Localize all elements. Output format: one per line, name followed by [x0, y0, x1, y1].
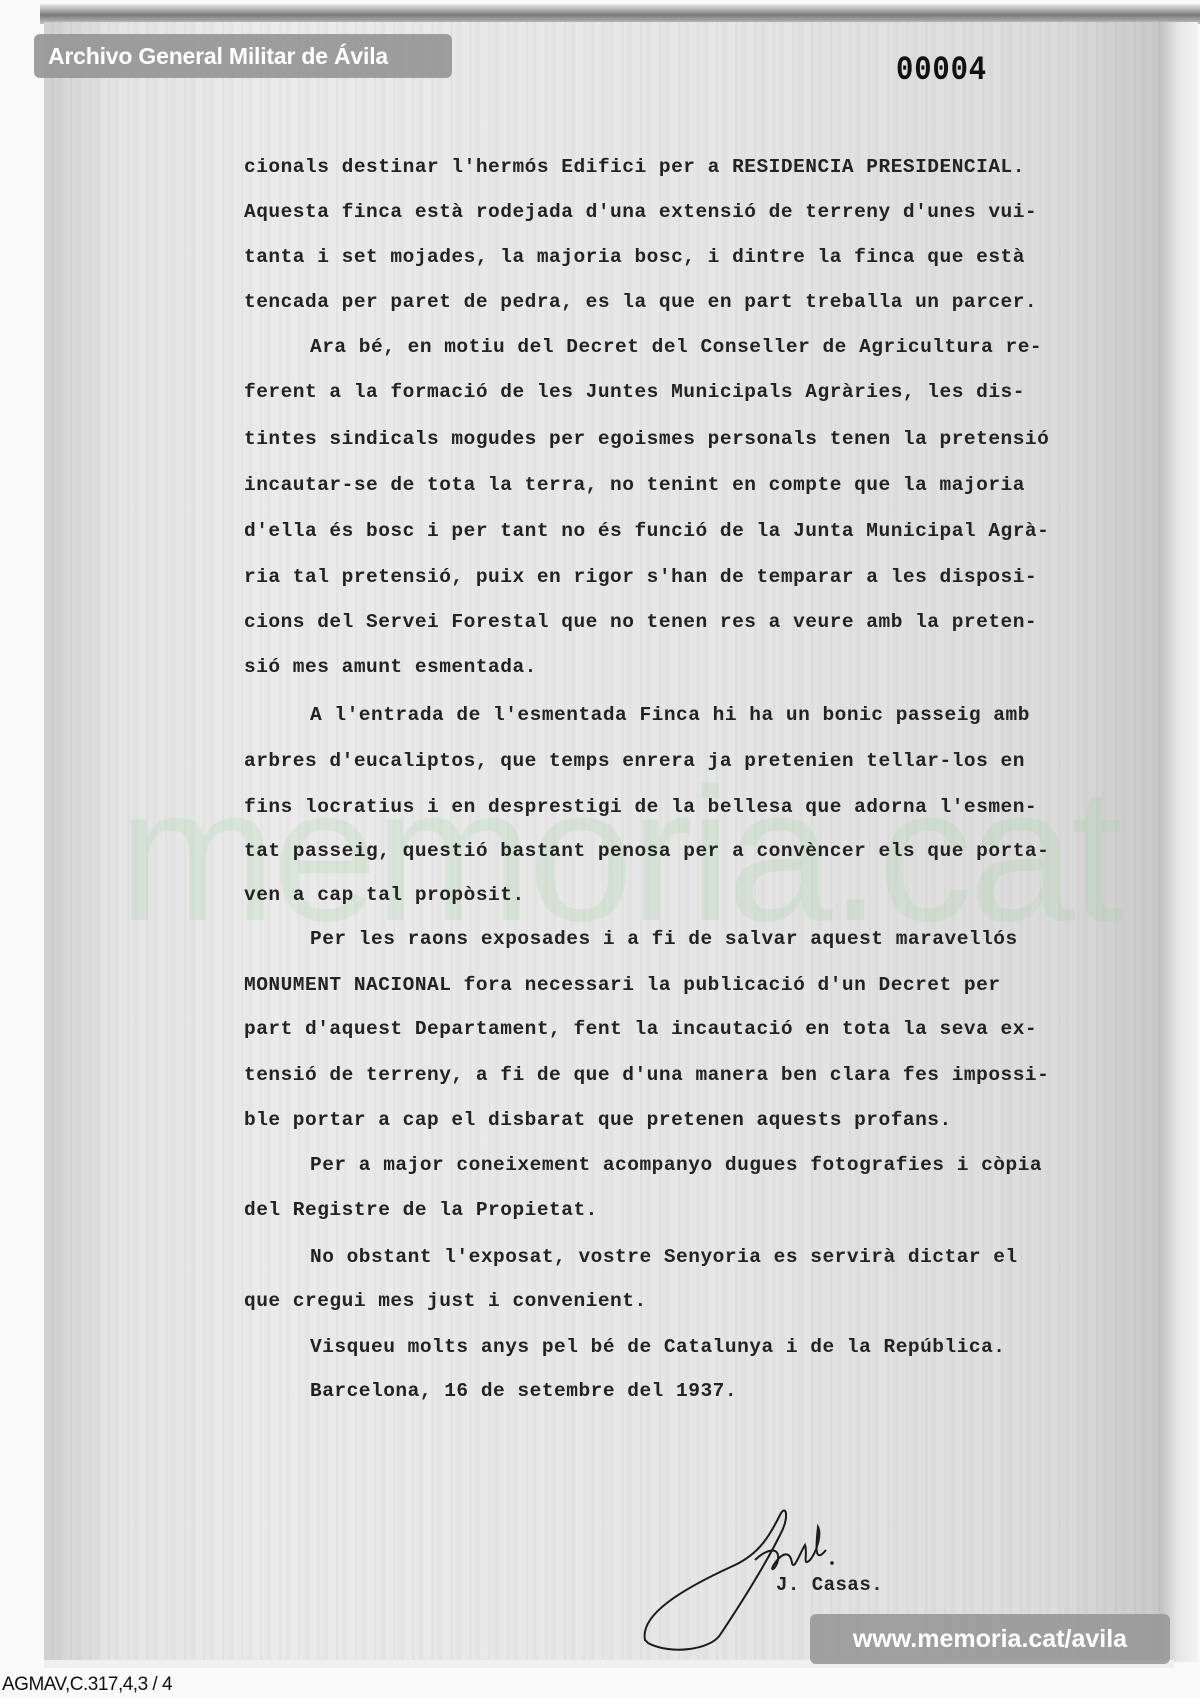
text-line: Per a major coneixement acompanyo dugues…: [310, 1150, 1042, 1180]
folio-number: 00004: [896, 52, 987, 90]
text-line: tintes sindicals mogudes per egoismes pe…: [244, 424, 1049, 454]
text-line: arbres d'eucaliptos, que temps enrera ja…: [244, 746, 1025, 776]
text-line: tensió de terreny, a fi de que d'una man…: [244, 1060, 1049, 1090]
archive-reference-caption: AGMAV,C.317,4,3 / 4: [2, 1674, 172, 1696]
text-line: ven a cap tal propòsit.: [244, 880, 525, 910]
text-line: tat passeig, questió bastant penosa per …: [244, 836, 1049, 866]
text-line: incautar-se de tota la terra, no tenint …: [244, 470, 1025, 500]
page-right-edge: [1158, 22, 1198, 1662]
text-line: ble portar a cap el disbarat que pretene…: [244, 1105, 952, 1135]
text-line: Barcelona, 16 de setembre del 1937.: [310, 1376, 737, 1406]
text-line: ria tal pretensió, puix en rigor s'han d…: [244, 562, 1037, 592]
text-line: tencada per paret de pedra, es la que en…: [244, 287, 1037, 317]
text-line: A l'entrada de l'esmentada Finca hi ha u…: [310, 700, 1030, 730]
website-watermark-badge: www.memoria.cat/avila: [810, 1614, 1170, 1664]
page-top-shadow: [40, 4, 1200, 24]
text-line: Aquesta finca està rodejada d'una extens…: [244, 197, 1037, 227]
text-line: cions del Servei Forestal que no tenen r…: [244, 607, 1037, 637]
text-line: part d'aquest Departament, fent la incau…: [244, 1014, 1037, 1044]
text-line: Per les raons exposades i a fi de salvar…: [310, 924, 1018, 954]
text-line: sió mes amunt esmentada.: [244, 652, 537, 682]
text-line: ferent a la formació de les Juntes Munic…: [244, 377, 1025, 407]
text-line: tanta i set mojades, la majoria bosc, i …: [244, 242, 1025, 272]
text-line: que cregui mes just i convenient.: [244, 1286, 647, 1316]
scanned-document-image: memoria.cat Archivo General Militar de Á…: [0, 0, 1200, 1698]
text-line: cionals destinar l'hermós Edifici per a …: [244, 152, 1025, 182]
text-line: MONUMENT NACIONAL fora necessari la publ…: [244, 970, 1001, 1000]
text-line: No obstant l'exposat, vostre Senyoria es…: [310, 1242, 1018, 1272]
archive-name-badge: Archivo General Militar de Ávila: [34, 34, 452, 78]
signer-name: J. Casas.: [776, 1574, 883, 1596]
text-line: fins locratius i en desprestigi de la be…: [244, 792, 1037, 822]
text-line: d'ella és bosc i per tant no és funció d…: [244, 516, 1049, 546]
text-line: Ara bé, en motiu del Decret del Conselle…: [310, 332, 1042, 362]
text-line: Visqueu molts anys pel bé de Catalunya i…: [310, 1332, 1006, 1362]
text-line: del Registre de la Propietat.: [244, 1195, 598, 1225]
